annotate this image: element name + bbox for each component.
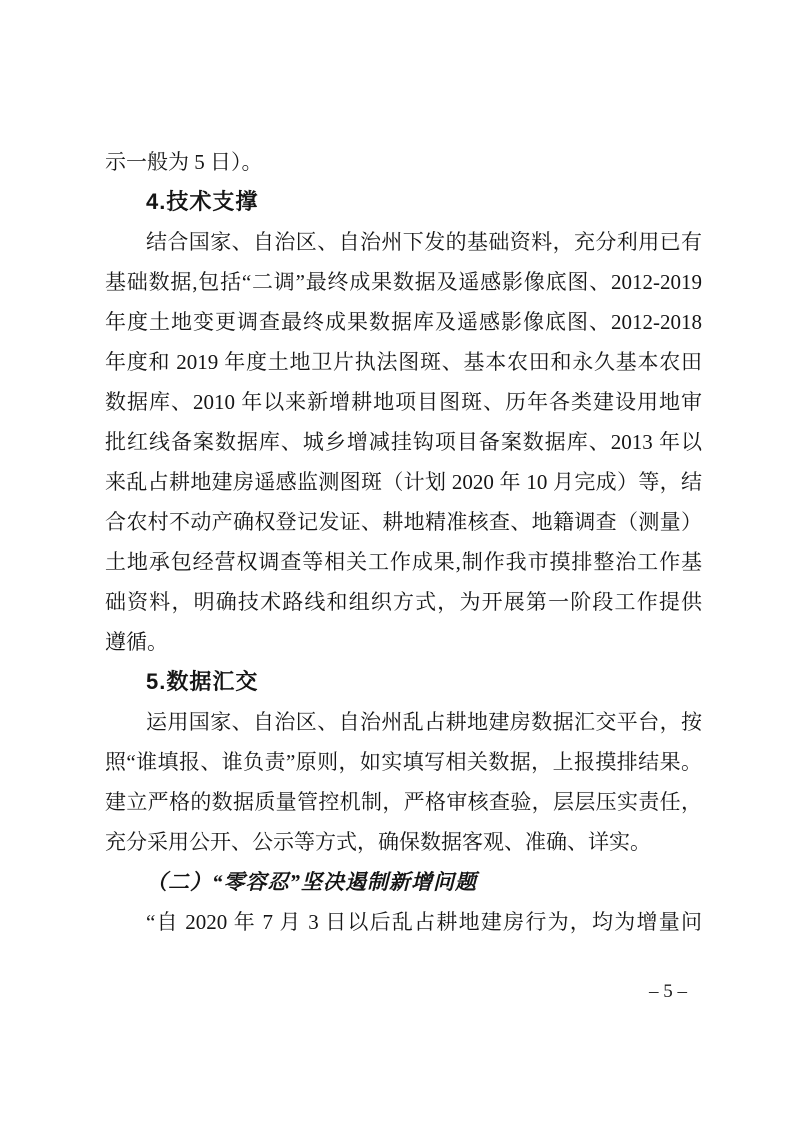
text-line: 基础数据,包括“二调”最终成果数据及遥感影像底图、2012-2019 bbox=[105, 262, 702, 302]
text-line: 数据库、2010 年以来新增耕地项目图斑、历年各类建设用地审 bbox=[105, 382, 702, 422]
text-line: 年度土地变更调查最终成果数据库及遥感影像底图、2012-2018 bbox=[105, 302, 702, 342]
text-line: 建立严格的数据质量管控机制，严格审核查验，层层压实责任， bbox=[105, 782, 702, 822]
text-line: 础资料，明确技术路线和组织方式，为开展第一阶段工作提供 bbox=[105, 582, 702, 622]
text-line: 土地承包经营权调查等相关工作成果,制作我市摸排整治工作基 bbox=[105, 542, 702, 582]
text-line: 来乱占耕地建房遥感监测图斑（计划 2020 年 10 月完成）等，结 bbox=[105, 462, 702, 502]
text-line: 结合国家、自治区、自治州下发的基础资料，充分利用已有 bbox=[105, 222, 702, 262]
text-line: 批红线备案数据库、城乡增减挂钩项目备案数据库、2013 年以 bbox=[105, 422, 702, 462]
document-body: 示一般为 5 日）。4.技术支撑结合国家、自治区、自治州下发的基础资料，充分利用… bbox=[105, 142, 702, 942]
section-heading: 4.技术支撑 bbox=[105, 182, 702, 222]
subsection-heading: （二）“零容忍”坚决遏制新增问题 bbox=[105, 862, 702, 902]
text-line: 运用国家、自治区、自治州乱占耕地建房数据汇交平台，按 bbox=[105, 702, 702, 742]
text-line: “自 2020 年 7 月 3 日以后乱占耕地建房行为，均为增量问 bbox=[105, 902, 702, 942]
document-page: 示一般为 5 日）。4.技术支撑结合国家、自治区、自治州下发的基础资料，充分利用… bbox=[0, 0, 793, 1122]
text-line: 年度和 2019 年度土地卫片执法图斑、基本农田和永久基本农田 bbox=[105, 342, 702, 382]
text-line: 合农村不动产确权登记发证、耕地精准核查、地籍调查（测量） bbox=[105, 502, 702, 542]
page-number: – 5 – bbox=[629, 978, 707, 1006]
text-line: 充分采用公开、公示等方式，确保数据客观、准确、详实。 bbox=[105, 822, 702, 862]
text-line: 照“谁填报、谁负责”原则，如实填写相关数据，上报摸排结果。 bbox=[105, 742, 702, 782]
text-line: 示一般为 5 日）。 bbox=[105, 142, 702, 182]
section-heading: 5.数据汇交 bbox=[105, 662, 702, 702]
text-line: 遵循。 bbox=[105, 622, 702, 662]
